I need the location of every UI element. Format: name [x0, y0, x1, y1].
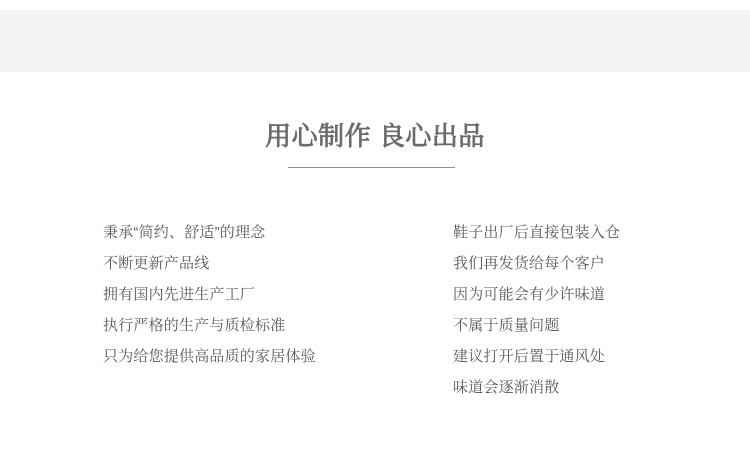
- text-line: 只为给您提供高品质的家居体验: [103, 341, 316, 372]
- text-line: 鞋子出厂后直接包装入仓: [453, 217, 620, 248]
- page-title: 用心制作 良心出品: [0, 121, 750, 151]
- product-detail-section: 用心制作 良心出品 秉承“简约、舒适”的理念 不断更新产品线 拥有国内先进生产工…: [0, 0, 750, 452]
- text-line: 不属于质量问题: [453, 310, 620, 341]
- text-line: 拥有国内先进生产工厂: [103, 279, 316, 310]
- text-line: 因为可能会有少许味道: [453, 279, 620, 310]
- left-text-column: 秉承“简约、舒适”的理念 不断更新产品线 拥有国内先进生产工厂 执行严格的生产与…: [103, 217, 316, 372]
- text-line: 建议打开后置于通风处: [453, 341, 620, 372]
- title-underline-divider: [288, 167, 455, 168]
- right-text-column: 鞋子出厂后直接包装入仓 我们再发货给每个客户 因为可能会有少许味道 不属于质量问…: [453, 217, 620, 403]
- text-line: 秉承“简约、舒适”的理念: [103, 217, 316, 248]
- text-line: 不断更新产品线: [103, 248, 316, 279]
- text-line: 我们再发货给每个客户: [453, 248, 620, 279]
- text-line: 味道会逐渐消散: [453, 372, 620, 403]
- text-line: 执行严格的生产与质检标准: [103, 310, 316, 341]
- section-divider-band: [0, 10, 750, 72]
